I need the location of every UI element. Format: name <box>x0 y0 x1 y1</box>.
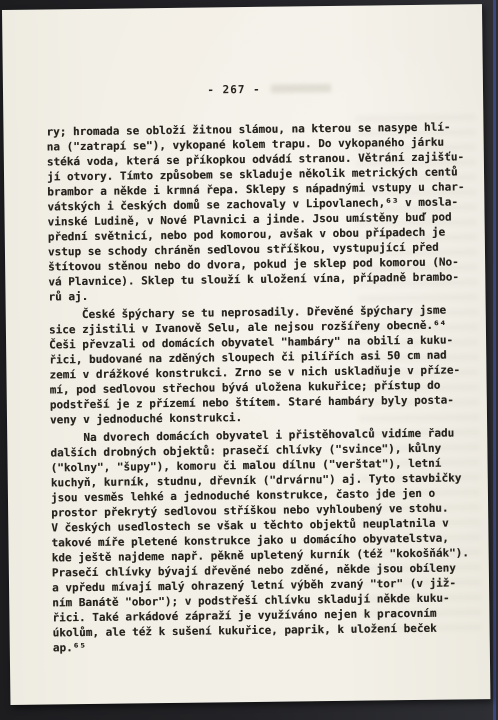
book-binding-edge <box>493 0 496 720</box>
paragraph-granaries: České špýchary se tu neprosadily. Dřevěn… <box>49 302 486 427</box>
body-text-block: ry; hromada se obloží žitnou slámou, na … <box>46 119 488 658</box>
paragraph-farmyard-structures: Na dvorech domácích obyvatel i přistěhov… <box>50 425 489 655</box>
scanned-page: - 267 - ry; hromada se obloží žitnou slá… <box>2 4 490 705</box>
paragraph-cellars: ry; hromada se obloží žitnou slámou, na … <box>46 119 484 304</box>
page-number: - 267 - <box>24 81 444 99</box>
